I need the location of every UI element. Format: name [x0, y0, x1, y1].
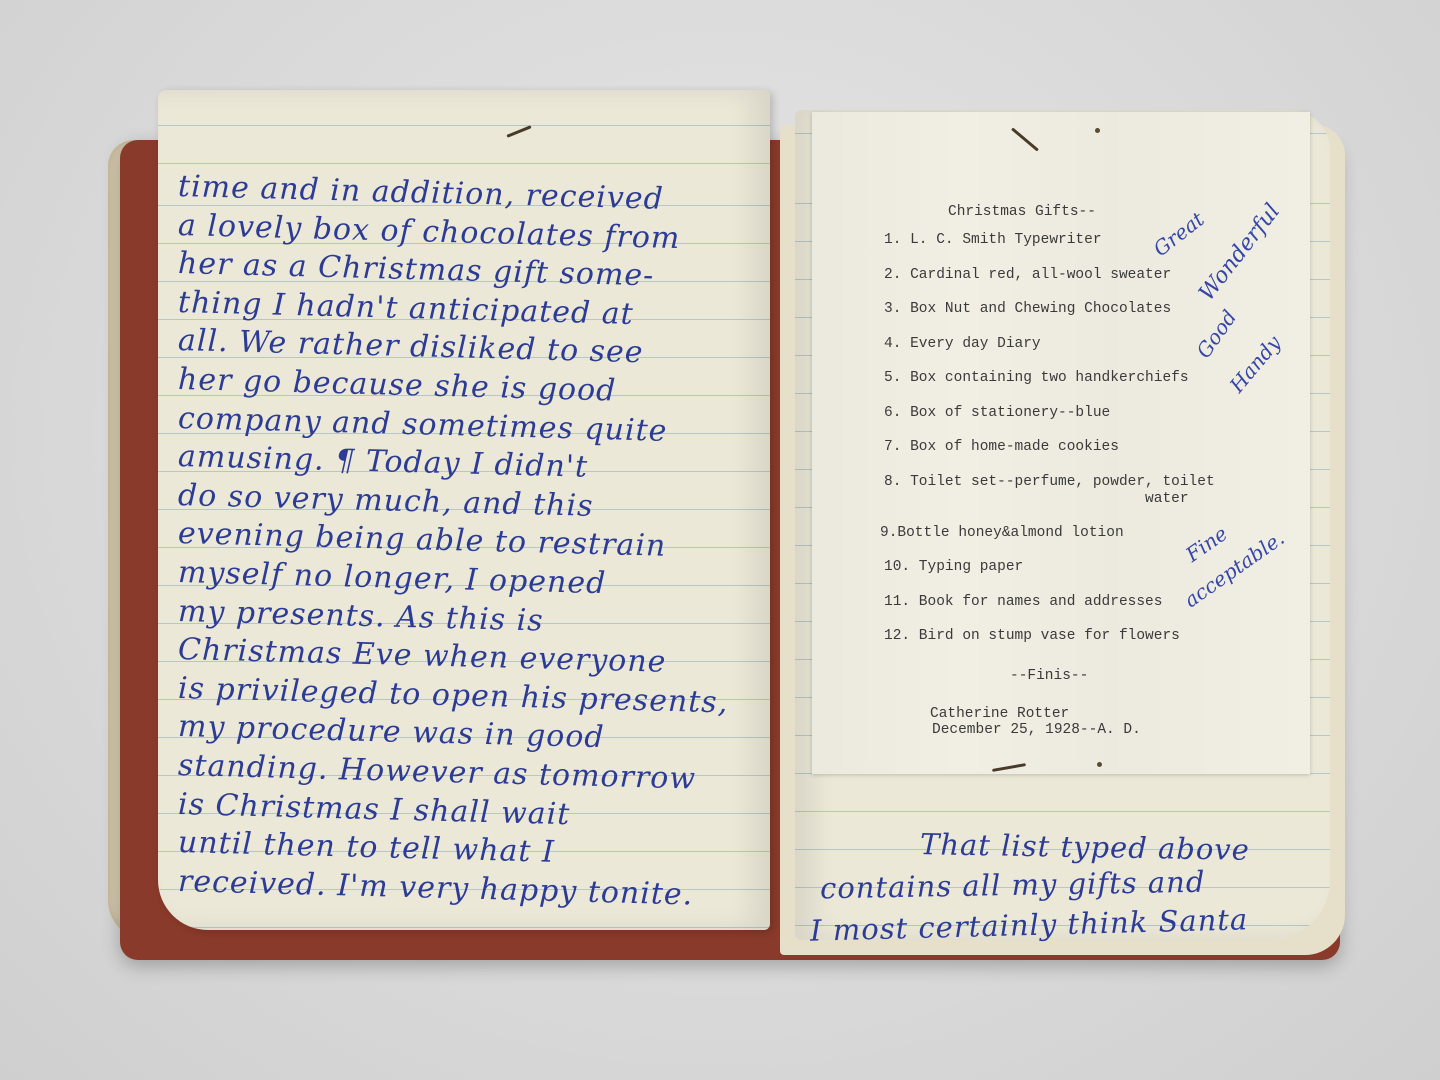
list-closing: --Finis-- — [1010, 668, 1088, 684]
gift-item: 12. Bird on stump vase for flowers — [884, 628, 1215, 663]
gift-item: 11. Book for names and addresses — [884, 594, 1215, 629]
staple-hole-icon — [1097, 762, 1102, 767]
signature-date: December 25, 1928--A. D. — [932, 722, 1141, 738]
gift-item: 3. Box Nut and Chewing Chocolates — [884, 301, 1215, 336]
staple-mark-icon — [506, 125, 531, 138]
gift-list: 1. L. C. Smith Typewriter 2. Cardinal re… — [884, 232, 1215, 663]
gift-item: 2. Cardinal red, all-wool sweater — [884, 267, 1215, 302]
gift-item: 8. Toilet set--perfume, powder, toilet — [884, 474, 1215, 491]
handwritten-line: contains all my gifts and — [820, 865, 1206, 906]
gift-item: 5. Box containing two handkerchiefs — [884, 370, 1215, 405]
annotation-handy: Handy — [1225, 331, 1286, 397]
staple-top-icon — [1011, 127, 1039, 151]
signature-name: Catherine Rotter — [930, 706, 1069, 722]
gift-item: 4. Every day Diary — [884, 336, 1215, 371]
gift-item: 7. Box of home-made cookies — [884, 439, 1215, 474]
gift-item: 10. Typing paper — [884, 559, 1215, 594]
handwritten-entry: time and in addition, received a lovely … — [178, 168, 728, 901]
typed-gift-list-sheet: Christmas Gifts-- 1. L. C. Smith Typewri… — [812, 112, 1310, 774]
gift-item: 6. Box of stationery--blue — [884, 405, 1215, 440]
handwritten-line: That list typed above — [920, 827, 1250, 867]
staple-hole-icon — [1095, 128, 1100, 133]
gift-item-continuation: water — [884, 491, 1215, 525]
staple-bottom-icon — [992, 763, 1026, 772]
gift-list-title: Christmas Gifts-- — [948, 204, 1096, 220]
left-diary-page: time and in addition, received a lovely … — [158, 90, 770, 930]
gift-item: 9.Bottle honey&almond lotion — [880, 525, 1211, 560]
